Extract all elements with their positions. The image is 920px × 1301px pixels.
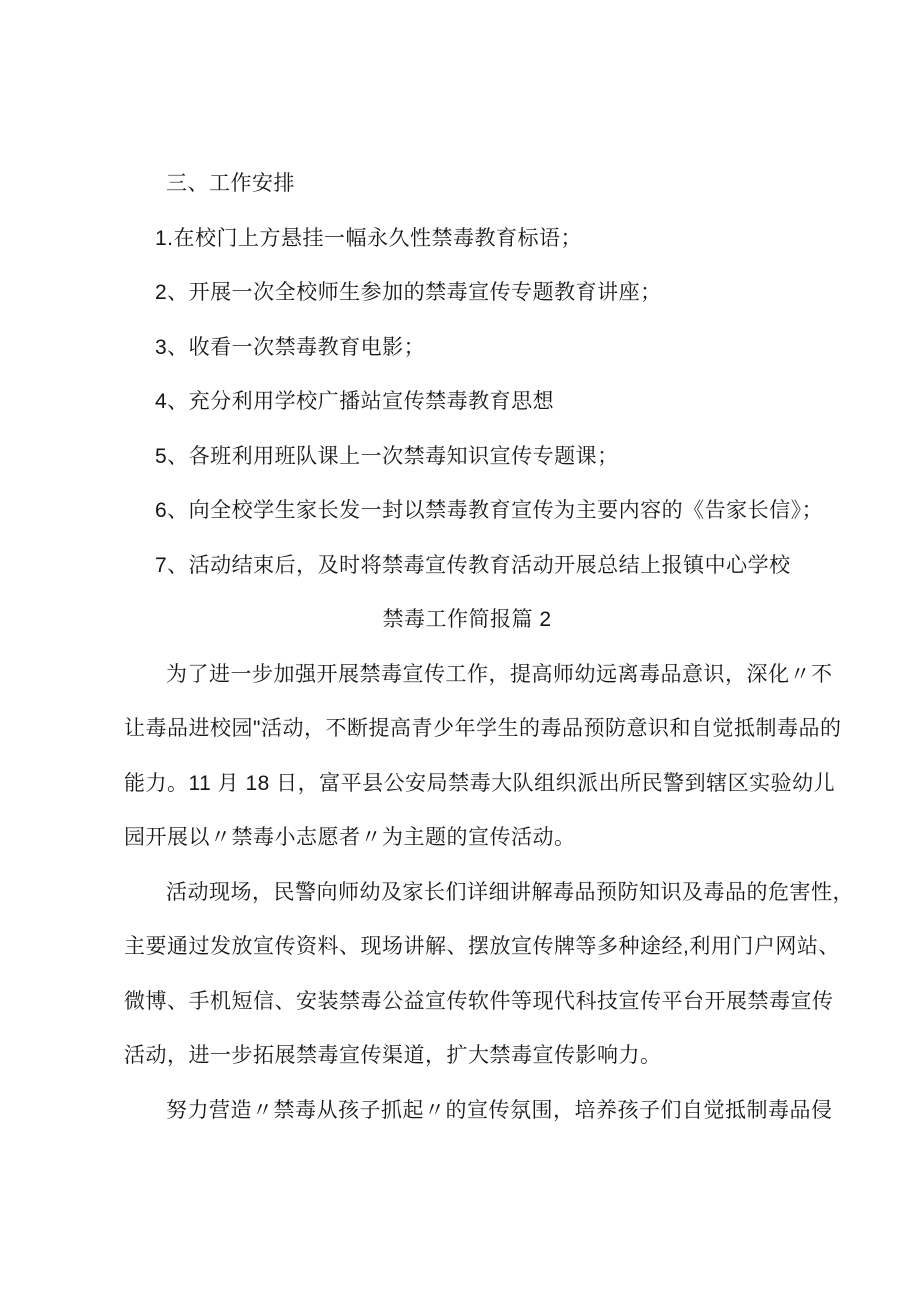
text-line-item: 3、收看一次禁毒教育电影； (124, 321, 810, 376)
document-body: 三、工作安排1.在校门上方悬挂一幅永久性禁毒教育标语；2、开展一次全校师生参加的… (124, 157, 810, 1138)
text-line-body-full: 能力。11 月 18 日，富平县公安局禁毒大队组织派出所民警到辖区实验幼儿 (124, 757, 810, 812)
text-line-item: 5、各班利用班队课上一次禁毒知识宣传专题课； (124, 430, 810, 485)
text-line-body-indent-full: 活动现场，民警向师幼及家长们详细讲解毒品预防知识及毒品的危害性， (124, 866, 810, 921)
text-line-body-full: 主要通过发放宣传资料、现场讲解、摆放宣传牌等多种途经,利用门户网站、 (124, 920, 810, 975)
text-line-body-indent-full: 努力营造〃禁毒从孩子抓起〃的宣传氛围，培养孩子们自觉抵制毒品侵 (124, 1084, 810, 1139)
text-line-body-full: 让毒品进校园"活动，不断提高青少年学生的毒品预防意识和自觉抵制毒品的 (124, 702, 810, 757)
document-page: 三、工作安排1.在校门上方悬挂一幅永久性禁毒教育标语；2、开展一次全校师生参加的… (0, 0, 920, 1301)
text-line-item: 1.在校门上方悬挂一幅永久性禁毒教育标语； (124, 212, 810, 267)
text-line-section-heading: 三、工作安排 (124, 157, 810, 212)
text-line-item: 7、活动结束后，及时将禁毒宣传教育活动开展总结上报镇中心学校 (124, 539, 810, 594)
text-line-item: 6、向全校学生家长发一封以禁毒教育宣传为主要内容的《告家长信》； (124, 484, 810, 539)
text-line-item: 4、充分利用学校广播站宣传禁毒教育思想 (124, 375, 810, 430)
text-line-body-full: 微博、手机短信、安装禁毒公益宣传软件等现代科技宣传平台开展禁毒宣传 (124, 975, 810, 1030)
text-line-item: 2、开展一次全校师生参加的禁毒宣传专题教育讲座； (124, 266, 810, 321)
text-line-body-end: 活动，进一步拓展禁毒宣传渠道，扩大禁毒宣传影响力。 (124, 1029, 810, 1084)
text-line-center-title: 禁毒工作简报篇 2 (124, 593, 810, 648)
text-line-body-indent-full: 为了进一步加强开展禁毒宣传工作，提高师幼远离毒品意识，深化〃不 (124, 648, 810, 703)
text-line-body-end: 园开展以〃禁毒小志愿者〃为主题的宣传活动。 (124, 811, 810, 866)
